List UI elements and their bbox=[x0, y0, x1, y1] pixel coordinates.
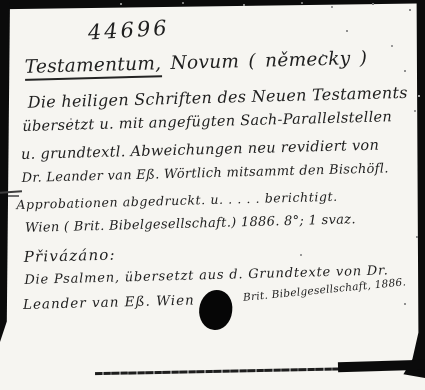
description-line-4: Dr. Leander van Eß. Wörtlich mitsammt de… bbox=[21, 161, 388, 186]
catalog-card: 44696 Testamentum, Novum ( německy ) Die… bbox=[0, 0, 425, 379]
hole-punch bbox=[197, 288, 234, 331]
description-line-5: Approbationen abgedruckt. u. . . . . ber… bbox=[16, 189, 338, 212]
accession-number: 44696 bbox=[87, 16, 170, 45]
card-heading: Testamentum, Novum ( německy ) bbox=[25, 48, 368, 78]
scan-noise-specks bbox=[0, 0, 2, 2]
scanned-catalog-card-photo: 44696 Testamentum, Novum ( německy ) Die… bbox=[0, 0, 425, 390]
description-line-2: übersetzt u. mit angefügten Sach-Paralle… bbox=[22, 109, 392, 135]
title-main-underlined: Testamentum, bbox=[25, 53, 162, 81]
description-line-1: Die heiligen Schriften des Neuen Testame… bbox=[27, 83, 408, 112]
bound-with-line-2: Leander van Eß. Wien bbox=[23, 292, 195, 312]
bound-with-label: Přivázáno: bbox=[24, 246, 117, 266]
title-rest: Novum ( německy ) bbox=[170, 48, 367, 74]
description-line-3: u. grundtextl. Abweichungen neu revidier… bbox=[21, 138, 379, 163]
imprint-line: Wien ( Brit. Bibelgesellschaft.) 1886. 8… bbox=[25, 212, 356, 236]
